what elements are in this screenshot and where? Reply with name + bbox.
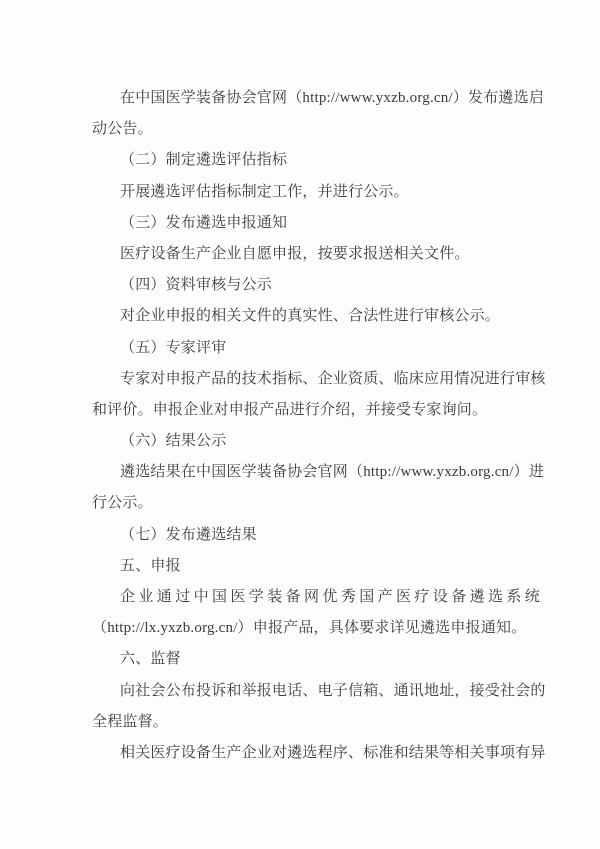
body-text-line: 遴选结果在中国医学装备协会官网（http://www.yxzb.org.cn/）… bbox=[92, 457, 530, 488]
heading-line: （六）结果公示 bbox=[92, 426, 530, 457]
body-text-line: 开展遴选评估指标制定工作，并进行公示。 bbox=[92, 177, 530, 208]
heading-line: （七）发布遴选结果 bbox=[92, 520, 530, 551]
body-text-line: 行公示。 bbox=[92, 488, 530, 519]
heading-line: （四）资料审核与公示 bbox=[92, 270, 530, 301]
document-text-block: 在中国医学装备协会官网（http://www.yxzb.org.cn/）发布遴选… bbox=[92, 83, 530, 769]
body-text-line: 企业通过中国医学装备网优秀国产医疗设备遴选系统 bbox=[92, 582, 530, 613]
body-text-line: 动公告。 bbox=[92, 114, 530, 145]
heading-line: 五、申报 bbox=[92, 551, 530, 582]
body-text-line: 医疗设备生产企业自愿申报，按要求报送相关文件。 bbox=[92, 239, 530, 270]
body-text-line: 相关医疗设备生产企业对遴选程序、标准和结果等相关事项有异 bbox=[92, 738, 530, 769]
body-text-line: 向社会公布投诉和举报电话、电子信箱、通讯地址，接受社会的 bbox=[92, 676, 530, 707]
document-page: 在中国医学装备协会官网（http://www.yxzb.org.cn/）发布遴选… bbox=[0, 0, 600, 849]
body-text-line: 和评价。申报企业对申报产品进行介绍，并接受专家询问。 bbox=[92, 395, 530, 426]
heading-line: （二）制定遴选评估指标 bbox=[92, 145, 530, 176]
heading-line: （五）专家评审 bbox=[92, 333, 530, 364]
heading-line: 六、监督 bbox=[92, 644, 530, 675]
body-text-line: 专家对申报产品的技术指标、企业资质、临床应用情况进行审核 bbox=[92, 364, 530, 395]
body-text-line: （http://lx.yxzb.org.cn/）申报产品，具体要求详见遴选申报通… bbox=[92, 613, 530, 644]
body-text-line: 全程监督。 bbox=[92, 707, 530, 738]
body-text-line: 在中国医学装备协会官网（http://www.yxzb.org.cn/）发布遴选… bbox=[92, 83, 530, 114]
heading-line: （三）发布遴选申报通知 bbox=[92, 208, 530, 239]
body-text-line: 对企业申报的相关文件的真实性、合法性进行审核公示。 bbox=[92, 301, 530, 332]
